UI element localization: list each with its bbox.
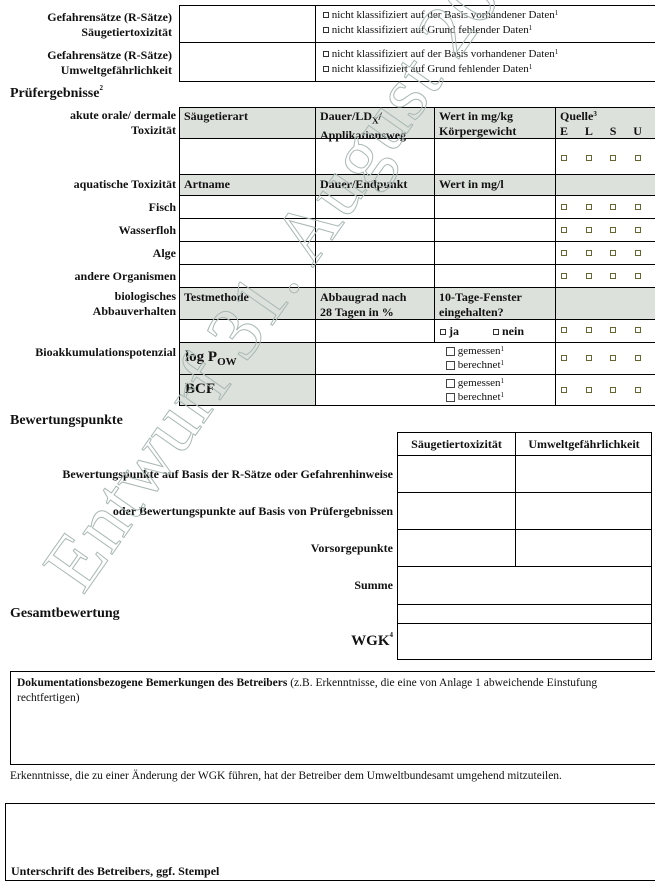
r-saetze-saeugetier-input[interactable] bbox=[180, 6, 314, 41]
option-label: berechnet bbox=[458, 359, 501, 371]
checkbox[interactable] bbox=[610, 355, 616, 361]
classification-options-1: nicht klassifiziert auf der Basis vorhan… bbox=[323, 8, 558, 38]
checkbox[interactable] bbox=[586, 327, 592, 333]
footnote: 1 bbox=[555, 9, 559, 17]
label-bewertung-r-saetze: Bewertungspunkte auf Basis der R-Sätze o… bbox=[0, 467, 393, 482]
header-text: Abbaugrad nach bbox=[320, 290, 406, 305]
checkbox[interactable] bbox=[635, 227, 641, 233]
bewertung-pruef-saeuger-input[interactable] bbox=[398, 493, 514, 528]
remarks-caption: Dokumentationsbezogene Bemerkungen des B… bbox=[11, 672, 655, 710]
header-text: Wert in mg/kg bbox=[439, 109, 516, 124]
section-title-pruefergebnisse: Prüfergebnisse2 bbox=[10, 86, 103, 102]
option-label: nicht klassifiziert auf der Basis vorhan… bbox=[332, 9, 555, 21]
option-label: ja bbox=[449, 324, 459, 338]
checkbox[interactable] bbox=[586, 273, 592, 279]
header-text: / bbox=[379, 109, 382, 123]
option-label: nicht klassifiziert auf Grund fehlender … bbox=[332, 63, 529, 75]
pow-measurement-options: gemessen1 berechnet1 bbox=[446, 344, 504, 372]
footnote: 1 bbox=[529, 24, 533, 32]
checkbox[interactable] bbox=[635, 155, 641, 161]
nein-option[interactable]: nein bbox=[493, 324, 524, 339]
label-alge: Alge bbox=[0, 246, 176, 261]
label-wasserfloh: Wasserfloh bbox=[0, 223, 176, 238]
checkbox[interactable] bbox=[440, 329, 446, 335]
log-pow-label: log POW bbox=[185, 349, 237, 368]
label-line: Gefahrensätze (R-Sätze) bbox=[0, 10, 172, 25]
option-label: nicht klassifiziert auf der Basis vorhan… bbox=[332, 48, 555, 60]
label-bio-abbau: biologisches Abbauverhalten bbox=[0, 289, 176, 319]
col-abbaugrad: Abbaugrad nach 28 Tagen in % bbox=[316, 289, 410, 321]
col-testmethode: Testmethode bbox=[180, 289, 253, 306]
title-text: Prüfergebnisse bbox=[10, 86, 99, 101]
option-label: nein bbox=[502, 324, 524, 338]
checkbox[interactable] bbox=[446, 361, 455, 370]
checkbox[interactable] bbox=[586, 250, 592, 256]
checkbox[interactable] bbox=[635, 355, 641, 361]
label-r-saetze-umwelt: Gefahrensätze (R-Sätze) Umweltgefährlich… bbox=[0, 48, 172, 78]
checkbox[interactable] bbox=[635, 387, 641, 393]
label-wgk: WGK4 bbox=[340, 633, 393, 650]
checkbox[interactable] bbox=[610, 204, 616, 210]
col-saeugetierart: Säugetierart bbox=[180, 108, 252, 125]
vorsorge-saeuger-input[interactable] bbox=[398, 530, 514, 565]
wgk-text: WGK bbox=[351, 633, 389, 649]
checkbox[interactable] bbox=[493, 329, 499, 335]
notice-text: Erkenntnisse, die zu einer Änderung der … bbox=[10, 769, 610, 784]
label-line: Abbauverhalten bbox=[0, 304, 176, 319]
label-line: Umweltgefährlichkeit bbox=[0, 63, 172, 78]
summe-input[interactable] bbox=[398, 567, 651, 603]
acute-species-input[interactable] bbox=[180, 139, 314, 173]
checkbox[interactable] bbox=[323, 51, 329, 57]
footnote: 1 bbox=[529, 63, 533, 71]
quelle-checkboxes-fisch bbox=[561, 204, 641, 210]
label-line: biologisches bbox=[0, 289, 176, 304]
col-wert-mgl: Wert in mg/l bbox=[435, 176, 508, 193]
acute-duration-input[interactable] bbox=[316, 139, 433, 173]
quelle-checkboxes-wasserfloh bbox=[561, 227, 641, 233]
label-r-saetze-saeugetier: Gefahrensätze (R-Sätze) Säugetiertoxizit… bbox=[0, 10, 172, 40]
quelle-checkboxes-acute bbox=[561, 155, 641, 161]
bewertung-r-saetze-saeuger-input[interactable] bbox=[398, 456, 514, 491]
checkbox[interactable] bbox=[446, 347, 455, 356]
label-aquatic-toxicity: aquatische Toxizität bbox=[0, 177, 176, 192]
bcf-measurement-options: gemessen1 berechnet1 bbox=[446, 376, 504, 404]
checkbox[interactable] bbox=[610, 155, 616, 161]
checkbox[interactable] bbox=[586, 204, 592, 210]
signature-label: Unterschrift des Betreibers, ggf. Stempe… bbox=[11, 864, 219, 879]
checkbox[interactable] bbox=[561, 155, 567, 161]
ja-option[interactable]: ja bbox=[440, 324, 459, 339]
vorsorge-umwelt-input[interactable] bbox=[516, 530, 651, 565]
quelle-checkboxes-andere bbox=[561, 273, 641, 279]
col-10-tage-fenster: 10-Tage-Fenster eingehalten? bbox=[435, 289, 526, 321]
quelle-e: E bbox=[560, 124, 568, 139]
col-dauer-endpunkt: Dauer/Endpunkt bbox=[316, 176, 411, 193]
quelle-checkboxes-bio bbox=[561, 327, 641, 333]
checkbox[interactable] bbox=[586, 155, 592, 161]
bewertung-pruef-umwelt-input[interactable] bbox=[516, 493, 651, 528]
label-andere-organismen: andere Organismen bbox=[0, 269, 176, 284]
footnote: 4 bbox=[390, 631, 394, 639]
quelle-checkboxes-bcf bbox=[561, 387, 641, 393]
header-text: 28 Tagen in % bbox=[320, 305, 406, 320]
option-label: gemessen bbox=[458, 377, 501, 389]
option-label: gemessen bbox=[458, 345, 501, 357]
checkbox[interactable] bbox=[586, 227, 592, 233]
col-artname: Artname bbox=[180, 176, 234, 193]
label-bewertung-pruefergebnisse: oder Bewertungspunkte auf Basis von Prüf… bbox=[0, 504, 393, 519]
option-label: berechnet bbox=[458, 391, 501, 403]
checkbox[interactable] bbox=[561, 204, 567, 210]
label-summe: Summe bbox=[0, 578, 393, 593]
checkbox[interactable] bbox=[586, 387, 592, 393]
header-text: Dauer/LD bbox=[320, 109, 372, 123]
checkbox[interactable] bbox=[635, 204, 641, 210]
checkbox[interactable] bbox=[635, 273, 641, 279]
col-saeugetiertoxizitaet: Säugetiertoxizität bbox=[398, 437, 515, 452]
quelle-u: U bbox=[633, 124, 642, 139]
quelle-s: S bbox=[610, 124, 617, 139]
checkbox[interactable] bbox=[561, 227, 567, 233]
label-bioakkumulation: Bioakkumulationspotenzial bbox=[0, 345, 176, 360]
checkbox[interactable] bbox=[561, 355, 567, 361]
checkbox[interactable] bbox=[561, 387, 567, 393]
footnote: 3 bbox=[593, 110, 597, 118]
checkbox[interactable] bbox=[561, 327, 567, 333]
remarks-bold: Dokumentationsbezogene Bemerkungen des B… bbox=[17, 677, 287, 689]
quelle-l: L bbox=[585, 124, 593, 139]
header-text: Körpergewicht bbox=[439, 124, 516, 139]
checkbox[interactable] bbox=[323, 12, 329, 18]
header-text: 10-Tage-Fenster bbox=[439, 290, 522, 305]
checkbox[interactable] bbox=[323, 66, 329, 72]
bewertung-r-saetze-umwelt-input[interactable] bbox=[516, 456, 651, 491]
footnote: 1 bbox=[501, 377, 505, 385]
col-wert-mgkg: Wert in mg/kg Körpergewicht bbox=[435, 108, 520, 140]
footnote: 1 bbox=[555, 48, 559, 56]
section-title-gesamtbewertung: Gesamtbewertung bbox=[10, 606, 120, 622]
classification-options-2: nicht klassifiziert auf der Basis vorhan… bbox=[323, 47, 558, 77]
footnote: 2 bbox=[99, 84, 103, 92]
checkbox[interactable] bbox=[635, 327, 641, 333]
header-text: Quelle bbox=[560, 109, 593, 123]
acute-value-input[interactable] bbox=[435, 139, 554, 173]
col-umweltgefaehrlichkeit: Umweltgefährlichkeit bbox=[516, 437, 652, 452]
checkbox[interactable] bbox=[610, 387, 616, 393]
quelle-checkboxes-pow bbox=[561, 355, 641, 361]
label-line: akute orale/ dermale bbox=[0, 108, 176, 123]
subscript: OW bbox=[217, 356, 237, 368]
checkbox[interactable] bbox=[446, 393, 455, 402]
footnote: 1 bbox=[501, 345, 505, 353]
option-label: nicht klassifiziert auf Grund fehlender … bbox=[332, 24, 529, 36]
checkbox[interactable] bbox=[610, 227, 616, 233]
section-title-bewertungspunkte: Bewertungspunkte bbox=[10, 413, 123, 429]
label-line: Toxizität bbox=[0, 123, 176, 138]
remarks-box[interactable]: Dokumentationsbezogene Bemerkungen des B… bbox=[10, 671, 655, 765]
bcf-label: BCF bbox=[185, 381, 215, 398]
checkbox[interactable] bbox=[446, 379, 455, 388]
row-name: log P bbox=[185, 349, 217, 365]
header-text: eingehalten? bbox=[439, 305, 522, 320]
checkbox[interactable] bbox=[586, 355, 592, 361]
label-line: Gefahrensätze (R-Sätze) bbox=[0, 48, 172, 63]
checkbox[interactable] bbox=[610, 250, 616, 256]
wgk-input[interactable] bbox=[398, 624, 651, 659]
r-saetze-umwelt-input[interactable] bbox=[180, 43, 314, 81]
label-vorsorgepunkte: Vorsorgepunkte bbox=[0, 541, 393, 556]
label-line: Säugetiertoxizität bbox=[0, 25, 172, 40]
col-quelle: Quelle3 E L S U bbox=[556, 108, 655, 140]
checkbox[interactable] bbox=[610, 273, 616, 279]
label-acute-toxicity: akute orale/ dermale Toxizität bbox=[0, 108, 176, 138]
footnote: 1 bbox=[501, 359, 505, 367]
checkbox[interactable] bbox=[610, 327, 616, 333]
checkbox[interactable] bbox=[323, 27, 329, 33]
checkbox[interactable] bbox=[561, 250, 567, 256]
label-fisch: Fisch bbox=[0, 200, 176, 215]
quelle-checkboxes-alge bbox=[561, 250, 641, 256]
footnote: 1 bbox=[501, 391, 505, 399]
checkbox[interactable] bbox=[561, 273, 567, 279]
checkbox[interactable] bbox=[635, 250, 641, 256]
